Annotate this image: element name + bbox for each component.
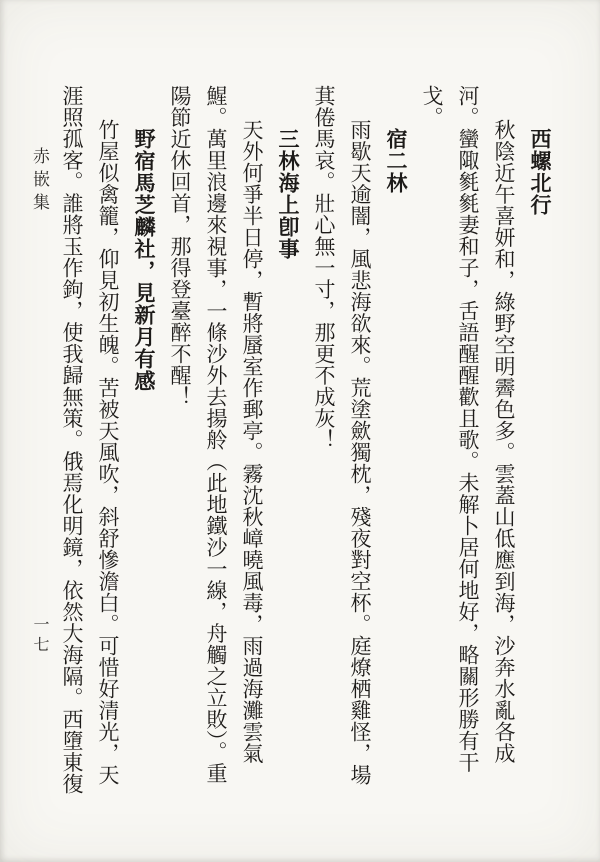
poem-title-su-erlin: 宿二林 [378, 128, 414, 804]
poem-body-sanlin-haishang: 天外何爭半日停，暫將蜃室作郵亭。霧沈秋嶂曉風毒，雨過海灘雲氣鯹。萬里浪邊來視事，… [162, 85, 270, 804]
poem-title-xiluo-beixing: 西螺北行 [522, 128, 558, 804]
poem-title-yesu-mazhilin: 野宿馬芝麟社，見新月有感 [126, 128, 162, 804]
book-page: 西螺北行 秋陰近午喜妍和，綠野空明霽色多。雲蓋山低應到海，沙奔水亂各成河。蠻陬毿… [0, 0, 600, 862]
poem-title-sanlin-haishang: 三林海上卽事 [270, 128, 306, 804]
book-title-label: 赤嵌集 [27, 147, 52, 216]
poems-area: 西螺北行 秋陰近午喜妍和，綠野空明霽色多。雲蓋山低應到海，沙奔水亂各成河。蠻陬毿… [52, 85, 558, 804]
poem-body-yesu-mazhilin: 竹屋似禽籠，仰見初生魄。苦被天風吹，斜舒慘澹白。可惜好清光，天涯照孤客。誰將玉作… [52, 85, 126, 804]
poem-body-su-erlin: 雨歇天逾闇，風悲海欲來。荒塗歛獨枕，殘夜對空杯。庭燎栖雞怪，場萁倦馬哀。壯心無一… [306, 85, 378, 804]
page-number-label: 一七 [29, 616, 52, 656]
poem-body-xiluo-beixing: 秋陰近午喜妍和，綠野空明霽色多。雲蓋山低應到海，沙奔水亂各成河。蠻陬毿毿妻和子，… [414, 85, 522, 804]
